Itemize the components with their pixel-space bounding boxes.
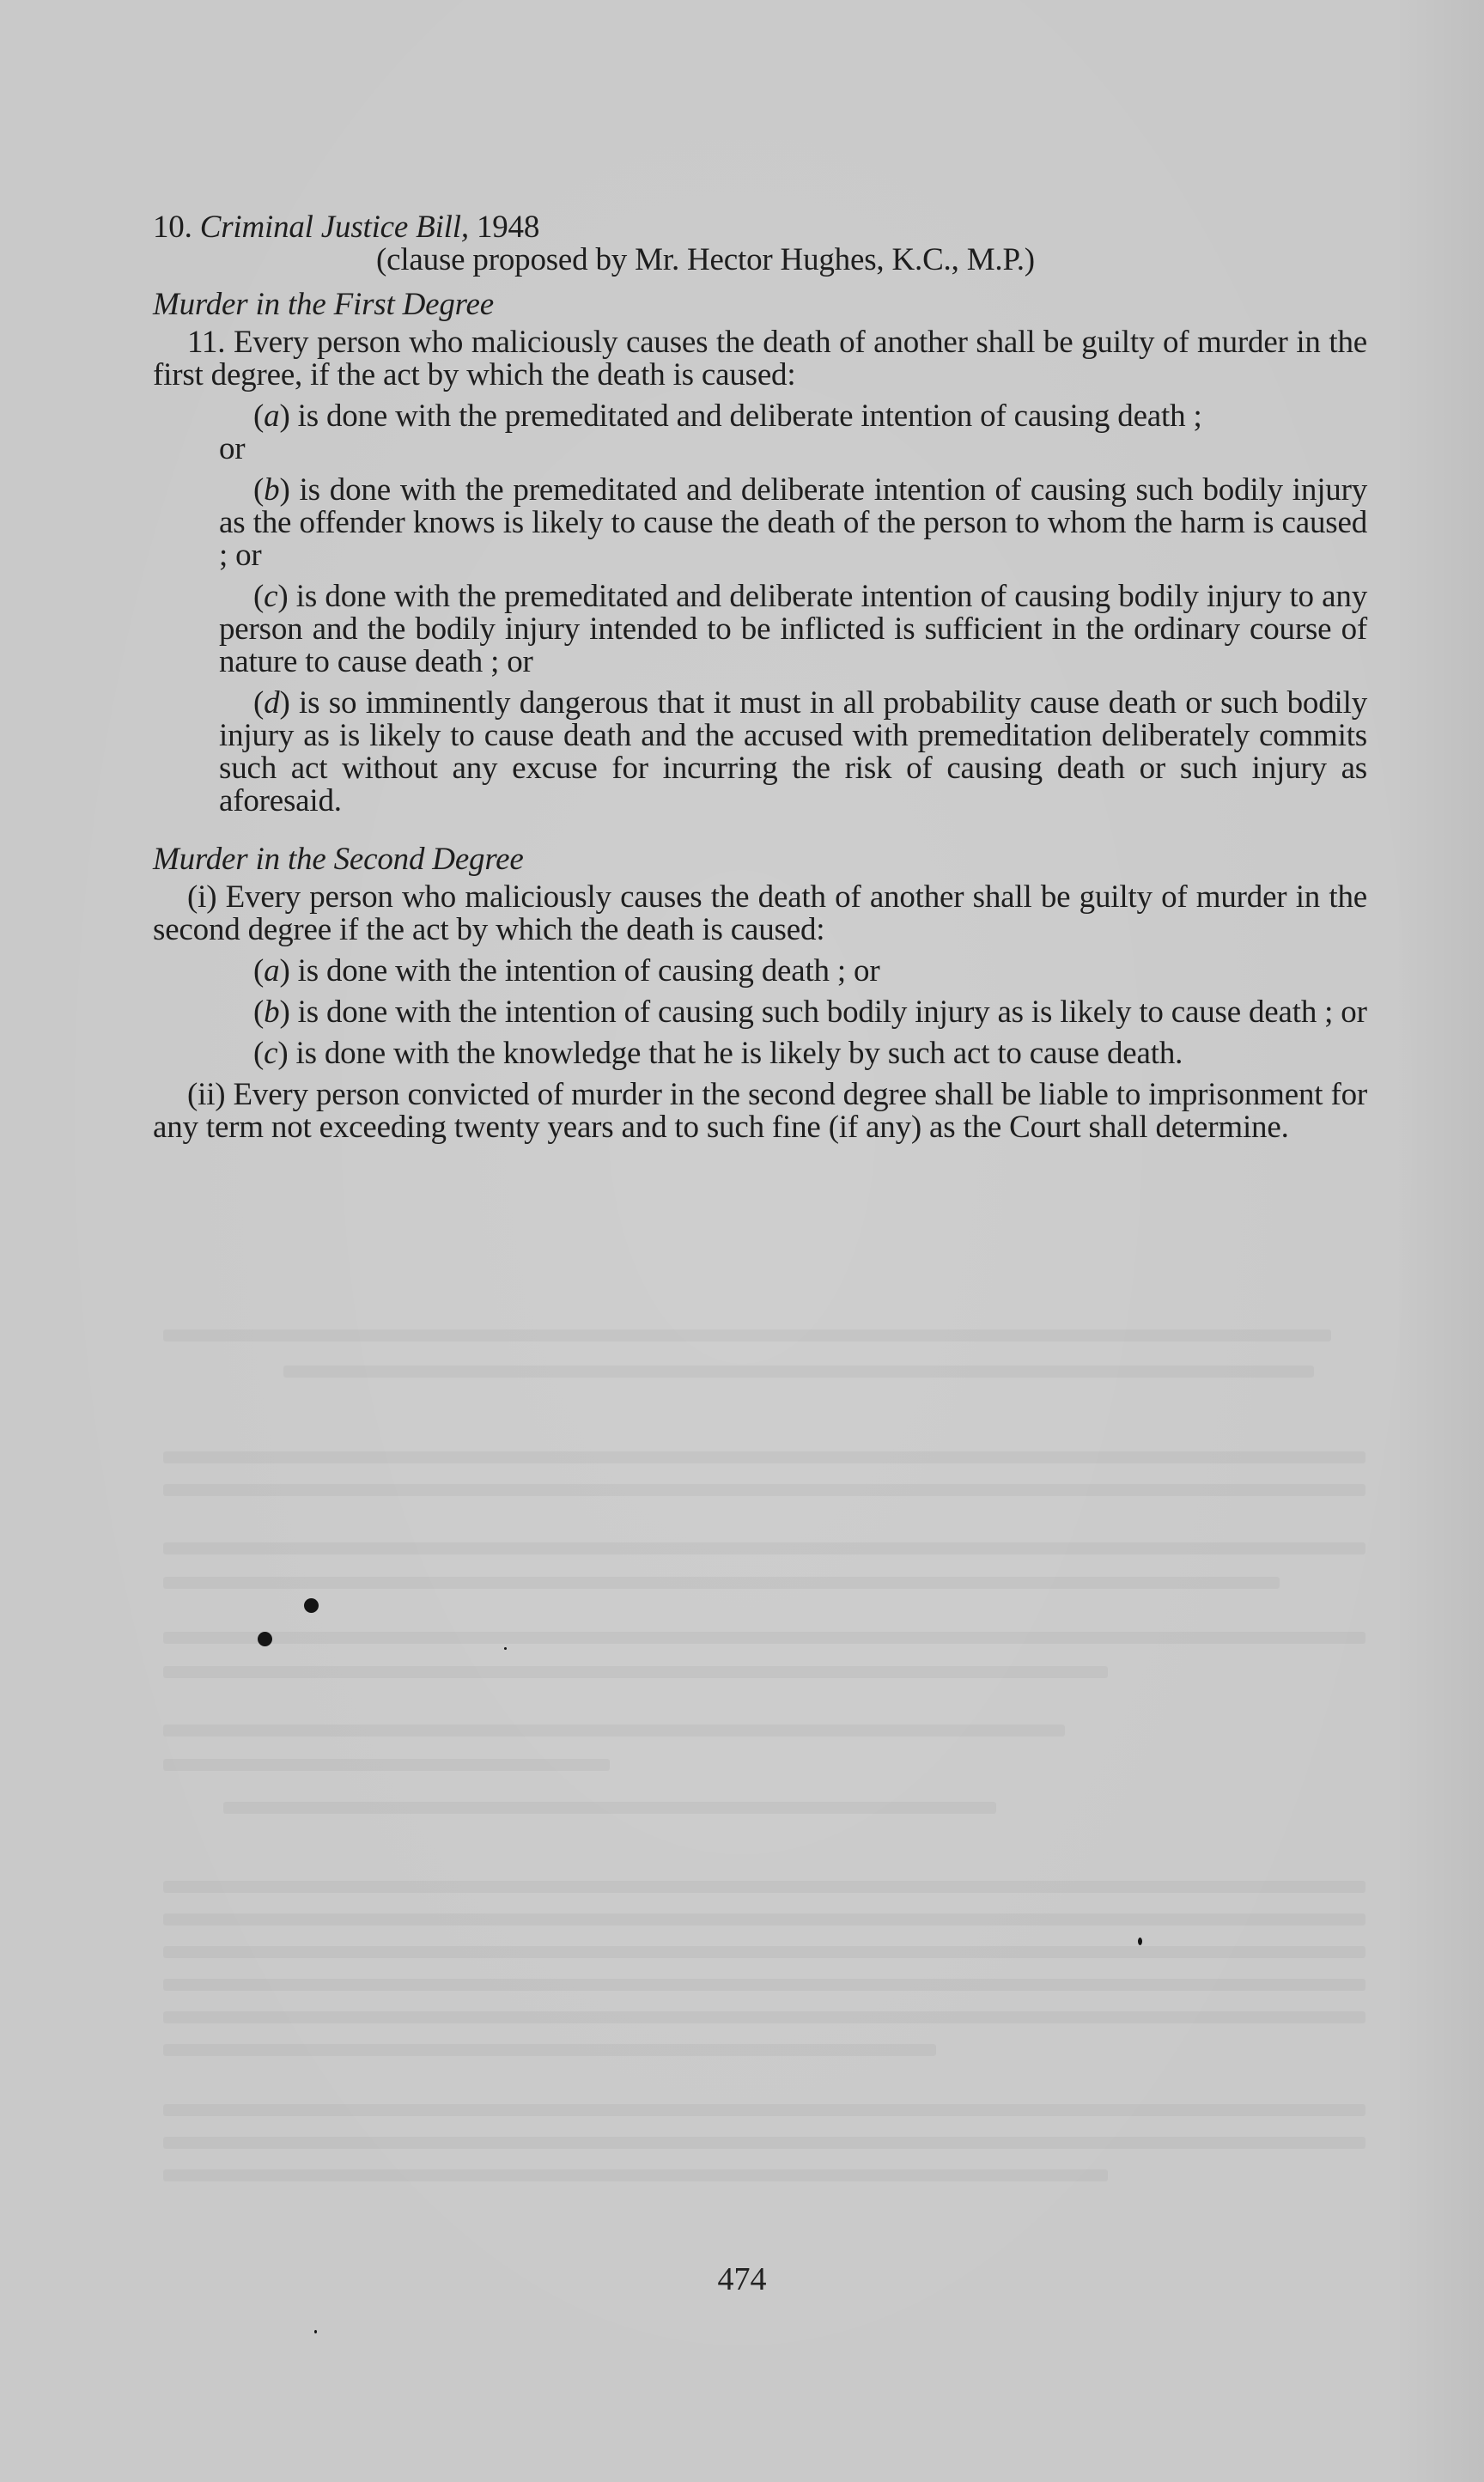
bill-title: 10. Criminal Justice Bill, 1948 (153, 211, 1367, 244)
bill-name: Criminal Justice Bill, (200, 210, 469, 245)
ink-speck (1138, 1938, 1142, 1945)
second-degree-item-a: (a) is done with the intention of causin… (153, 955, 1367, 988)
bill-year: 1948 (477, 210, 539, 245)
section-heading-second-degree: Murder in the Second Degree (153, 843, 1367, 876)
first-degree-item-c: (c) is done with the premeditated and de… (153, 581, 1367, 678)
ink-speck (504, 1647, 507, 1650)
second-degree-item-c: (c) is done with the knowledge that he i… (153, 1037, 1367, 1070)
ink-speck (258, 1632, 272, 1646)
ink-speck (314, 2330, 317, 2333)
first-degree-item-a-or: or (153, 433, 1367, 465)
first-degree-intro: 11. Every person who maliciously causes … (153, 326, 1367, 392)
second-degree-intro: (i) Every person who maliciously causes … (153, 881, 1367, 946)
page-number: 474 (0, 2262, 1484, 2296)
first-degree-item-d: (d) is so imminently dangerous that it m… (153, 687, 1367, 818)
bill-number: 10. (153, 210, 192, 245)
second-degree-penalty: (ii) Every person convicted of murder in… (153, 1079, 1367, 1144)
section-heading-first-degree: Murder in the First Degree (153, 289, 1367, 321)
second-degree-item-b: (b) is done with the intention of causin… (153, 996, 1367, 1029)
ink-speck (304, 1598, 319, 1613)
clause-proposer: (clause proposed by Mr. Hector Hughes, K… (153, 244, 1367, 277)
first-degree-item-a: (a) is done with the premeditated and de… (153, 400, 1367, 433)
first-degree-item-b: (b) is done with the premeditated and de… (153, 474, 1367, 572)
scanned-page: 10. Criminal Justice Bill, 1948 (clause … (0, 0, 1484, 2482)
document-body: 10. Criminal Justice Bill, 1948 (clause … (153, 211, 1367, 1144)
